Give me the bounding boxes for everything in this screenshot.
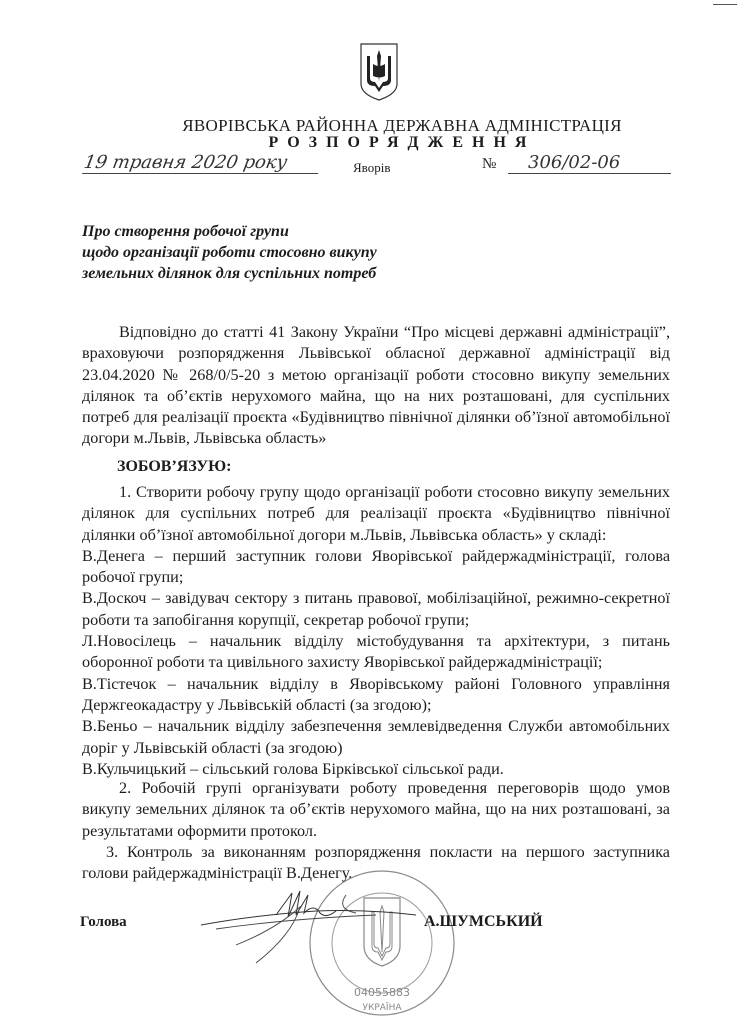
member-item: В.Беньо – начальник відділу забезпечення… <box>82 716 670 759</box>
item-2: 2. Робочій групі організувати роботу про… <box>82 778 670 842</box>
preamble: Відповідно до статті 41 Закону України “… <box>82 322 670 450</box>
member-item: В.Доскоч – завідувач сектору з питань пр… <box>82 588 670 631</box>
signer-name: А.ШУМСЬКИЙ <box>424 913 543 931</box>
preamble-text: Відповідно до статті 41 Закону України “… <box>82 322 670 450</box>
document-type: РОЗПОРЯДЖЕННЯ <box>0 134 744 152</box>
organization-name: ЯВОРІВСЬКА РАЙОННА ДЕРЖАВНА АДМІНІСТРАЦІ… <box>0 116 744 136</box>
handwritten-signature <box>196 885 421 965</box>
obligate-heading: ЗОБОВ’ЯЗУЮ: <box>117 458 232 476</box>
member-item: Л.Новосілець – начальник відділу містобу… <box>82 631 670 674</box>
item-1: 1. Створити робочу групу щодо організаці… <box>82 482 670 546</box>
member-item: В.Тістечок – начальник відділу в Яворівс… <box>82 674 670 717</box>
signer-position: Голова <box>80 914 127 931</box>
item-1-section: 1. Створити робочу групу щодо організаці… <box>82 482 670 780</box>
seal-code: 04055883 <box>354 986 410 999</box>
document-place: Яворів <box>353 160 390 176</box>
trident-emblem-icon <box>358 42 400 102</box>
member-item: В.Денега – перший заступник голови Яворі… <box>82 546 670 589</box>
number-label: № <box>482 156 496 173</box>
document-date: 19 травня 2020 року <box>82 152 322 174</box>
member-item: В.Кульчицький – сільський голова Бірківс… <box>82 759 670 780</box>
subject-line: щодо організації роботи стосовно викупу <box>82 242 377 263</box>
document-subject: Про створення робочої групи щодо організ… <box>82 221 377 284</box>
document-number: 306/02-06 <box>508 152 671 174</box>
seal-country: УКРАЇНА <box>362 1002 402 1013</box>
scan-mark <box>713 4 737 5</box>
subject-line: земельних ділянок для суспільних потреб <box>82 263 377 284</box>
subject-line: Про створення робочої групи <box>82 221 377 242</box>
